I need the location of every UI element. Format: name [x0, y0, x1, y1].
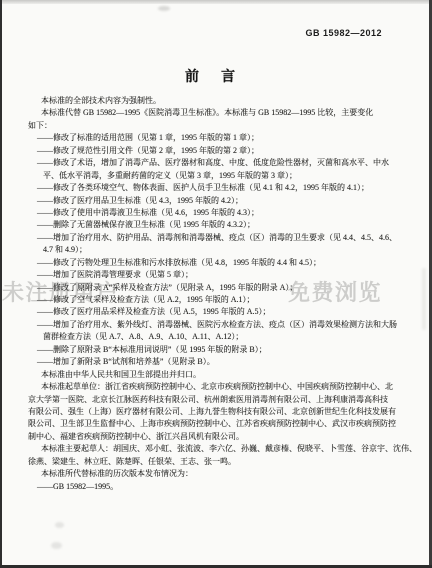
- doc-number: GB 15982—2012: [305, 28, 382, 38]
- text-line: ——修改了规范性引用文件（见第 2 章，1995 年版的第 2 章）；: [28, 145, 408, 157]
- text-line: ——增加了医院消毒管理要求（见第 5 章）；: [28, 269, 408, 281]
- text-line: 制中心、福建省疾病预防控制中心、浙江兴昌风机有限公司。: [28, 431, 408, 443]
- text-line: ——增加了新附录 B“试剂和培养基”（见附录 B）。: [28, 356, 408, 368]
- text-line: 本标准所代替标准的历次版本发布情况为：: [28, 468, 408, 480]
- text-line: 如下：: [28, 120, 408, 132]
- text-line: ——修改了医疗用品采样及检查方法（见 A.5，1995 年版的 A.5）；: [28, 306, 408, 318]
- scan-smudge: [55, 522, 64, 528]
- text-line: 本标准代替 GB 15982—1995《医院消毒卫生标准》。本标准与 GB 15…: [28, 107, 408, 119]
- text-line: ——修改了空气采样及检查方法（见 A.2，1995 年版的 A.1）；: [28, 294, 408, 306]
- text-line: ——修改了术语，增加了消毒产品、医疗器材和高度、中度、低度危险性器材，灭菌和高水…: [28, 157, 408, 169]
- scan-edge-top: [0, 0, 432, 4]
- scan-edge-left: [0, 0, 2, 568]
- text-line: 本标准起草单位：浙江省疾病预防控制中心、北京市疾病预防控制中心、中国疾病预防控制…: [28, 381, 408, 393]
- text-line: 限公司、卫生部卫生监督中心、上海市疾病预防控制中心、江苏省疾病预防控制中心、武汉…: [28, 418, 408, 430]
- text-line: ——删除了原附录 B“本标准用词说明”（见 1995 年版的附录 B）；: [28, 344, 408, 356]
- text-line: 菌群检查方法（见 A.7、A.8、A.9、A.10、A.11、A.12）；: [28, 331, 408, 343]
- text-line: ——修改了使用中消毒液卫生标准（见 4.6，1995 年版的 4.3）；: [28, 207, 408, 219]
- scanned-document-page: 未注册用户 免费浏览 GB 15982—2012 前 言 本标准的全部技术内容为…: [0, 0, 432, 568]
- scan-smudge: [158, 6, 170, 11]
- text-line: ——修改了医疗用品卫生标准（见 4.3，1995 年版的 4.2）；: [28, 195, 408, 207]
- text-line: ——GB 15982—1995。: [28, 481, 408, 493]
- text-line: ——删除了无菌器械保存液卫生标准（见 1995 年版的 4.3.2）；: [28, 219, 408, 231]
- text-line: ——增加了治疗用水、紫外线灯、消毒器械、医院污水检查方法、疫点（区）消毒效果检测…: [28, 319, 408, 331]
- text-line: 京大学第一医院、北京长江脉医药科技有限公司、杭州朗索医用消毒剂有限公司、上海利康…: [28, 394, 408, 406]
- text-line: 本标准主要起草人：胡国庆、邓小虹、张流波、李六亿、孙巍、戴彦榛、倪晓平、卜雪莲、…: [28, 443, 408, 455]
- text-line: ——修改了各类环境空气、物体表面、医护人员手卫生标准（见 4.1 和 4.2，1…: [28, 182, 408, 194]
- text-line: 有限公司、强生（上海）医疗器材有限公司、上海九誉生物科技有限公司、北京创新世纪生…: [28, 406, 408, 418]
- text-line: ——修改了原附录 A“采样及检查方法”（见附录 A，1995 年版的附录 A）；: [28, 282, 408, 294]
- text-line: 本标准由中华人民共和国卫生部提出并归口。: [28, 369, 408, 381]
- text-line: 平、低水平消毒，多重耐药菌的定义（见第 3 章，1995 年版的第 3 章）；: [28, 170, 408, 182]
- text-line: 本标准的全部技术内容为强制性。: [28, 95, 408, 107]
- text-line: ——修改了标准的适用范围（见第 1 章，1995 年版的第 1 章）；: [28, 132, 408, 144]
- text-line: 徐燕、梁建生、林立旺、陈楚晖、任银荣、王志、张一鸣。: [28, 456, 408, 468]
- scan-smudge: [422, 268, 426, 330]
- text-line: 4.7 和 4.9）；: [28, 244, 408, 256]
- text-line: ——修改了污物处理卫生标准和污水排放标准（见 4.8，1995 年版的 4.4 …: [28, 257, 408, 269]
- foreword-body: 本标准的全部技术内容为强制性。本标准代替 GB 15982—1995《医院消毒卫…: [28, 95, 408, 493]
- page-title: 前 言: [0, 66, 424, 86]
- text-line: ——增加了治疗用水、防护用品、消毒剂和消毒器械、疫点（区）消毒的卫生要求（见 4…: [28, 232, 408, 244]
- scan-smudge: [51, 542, 62, 549]
